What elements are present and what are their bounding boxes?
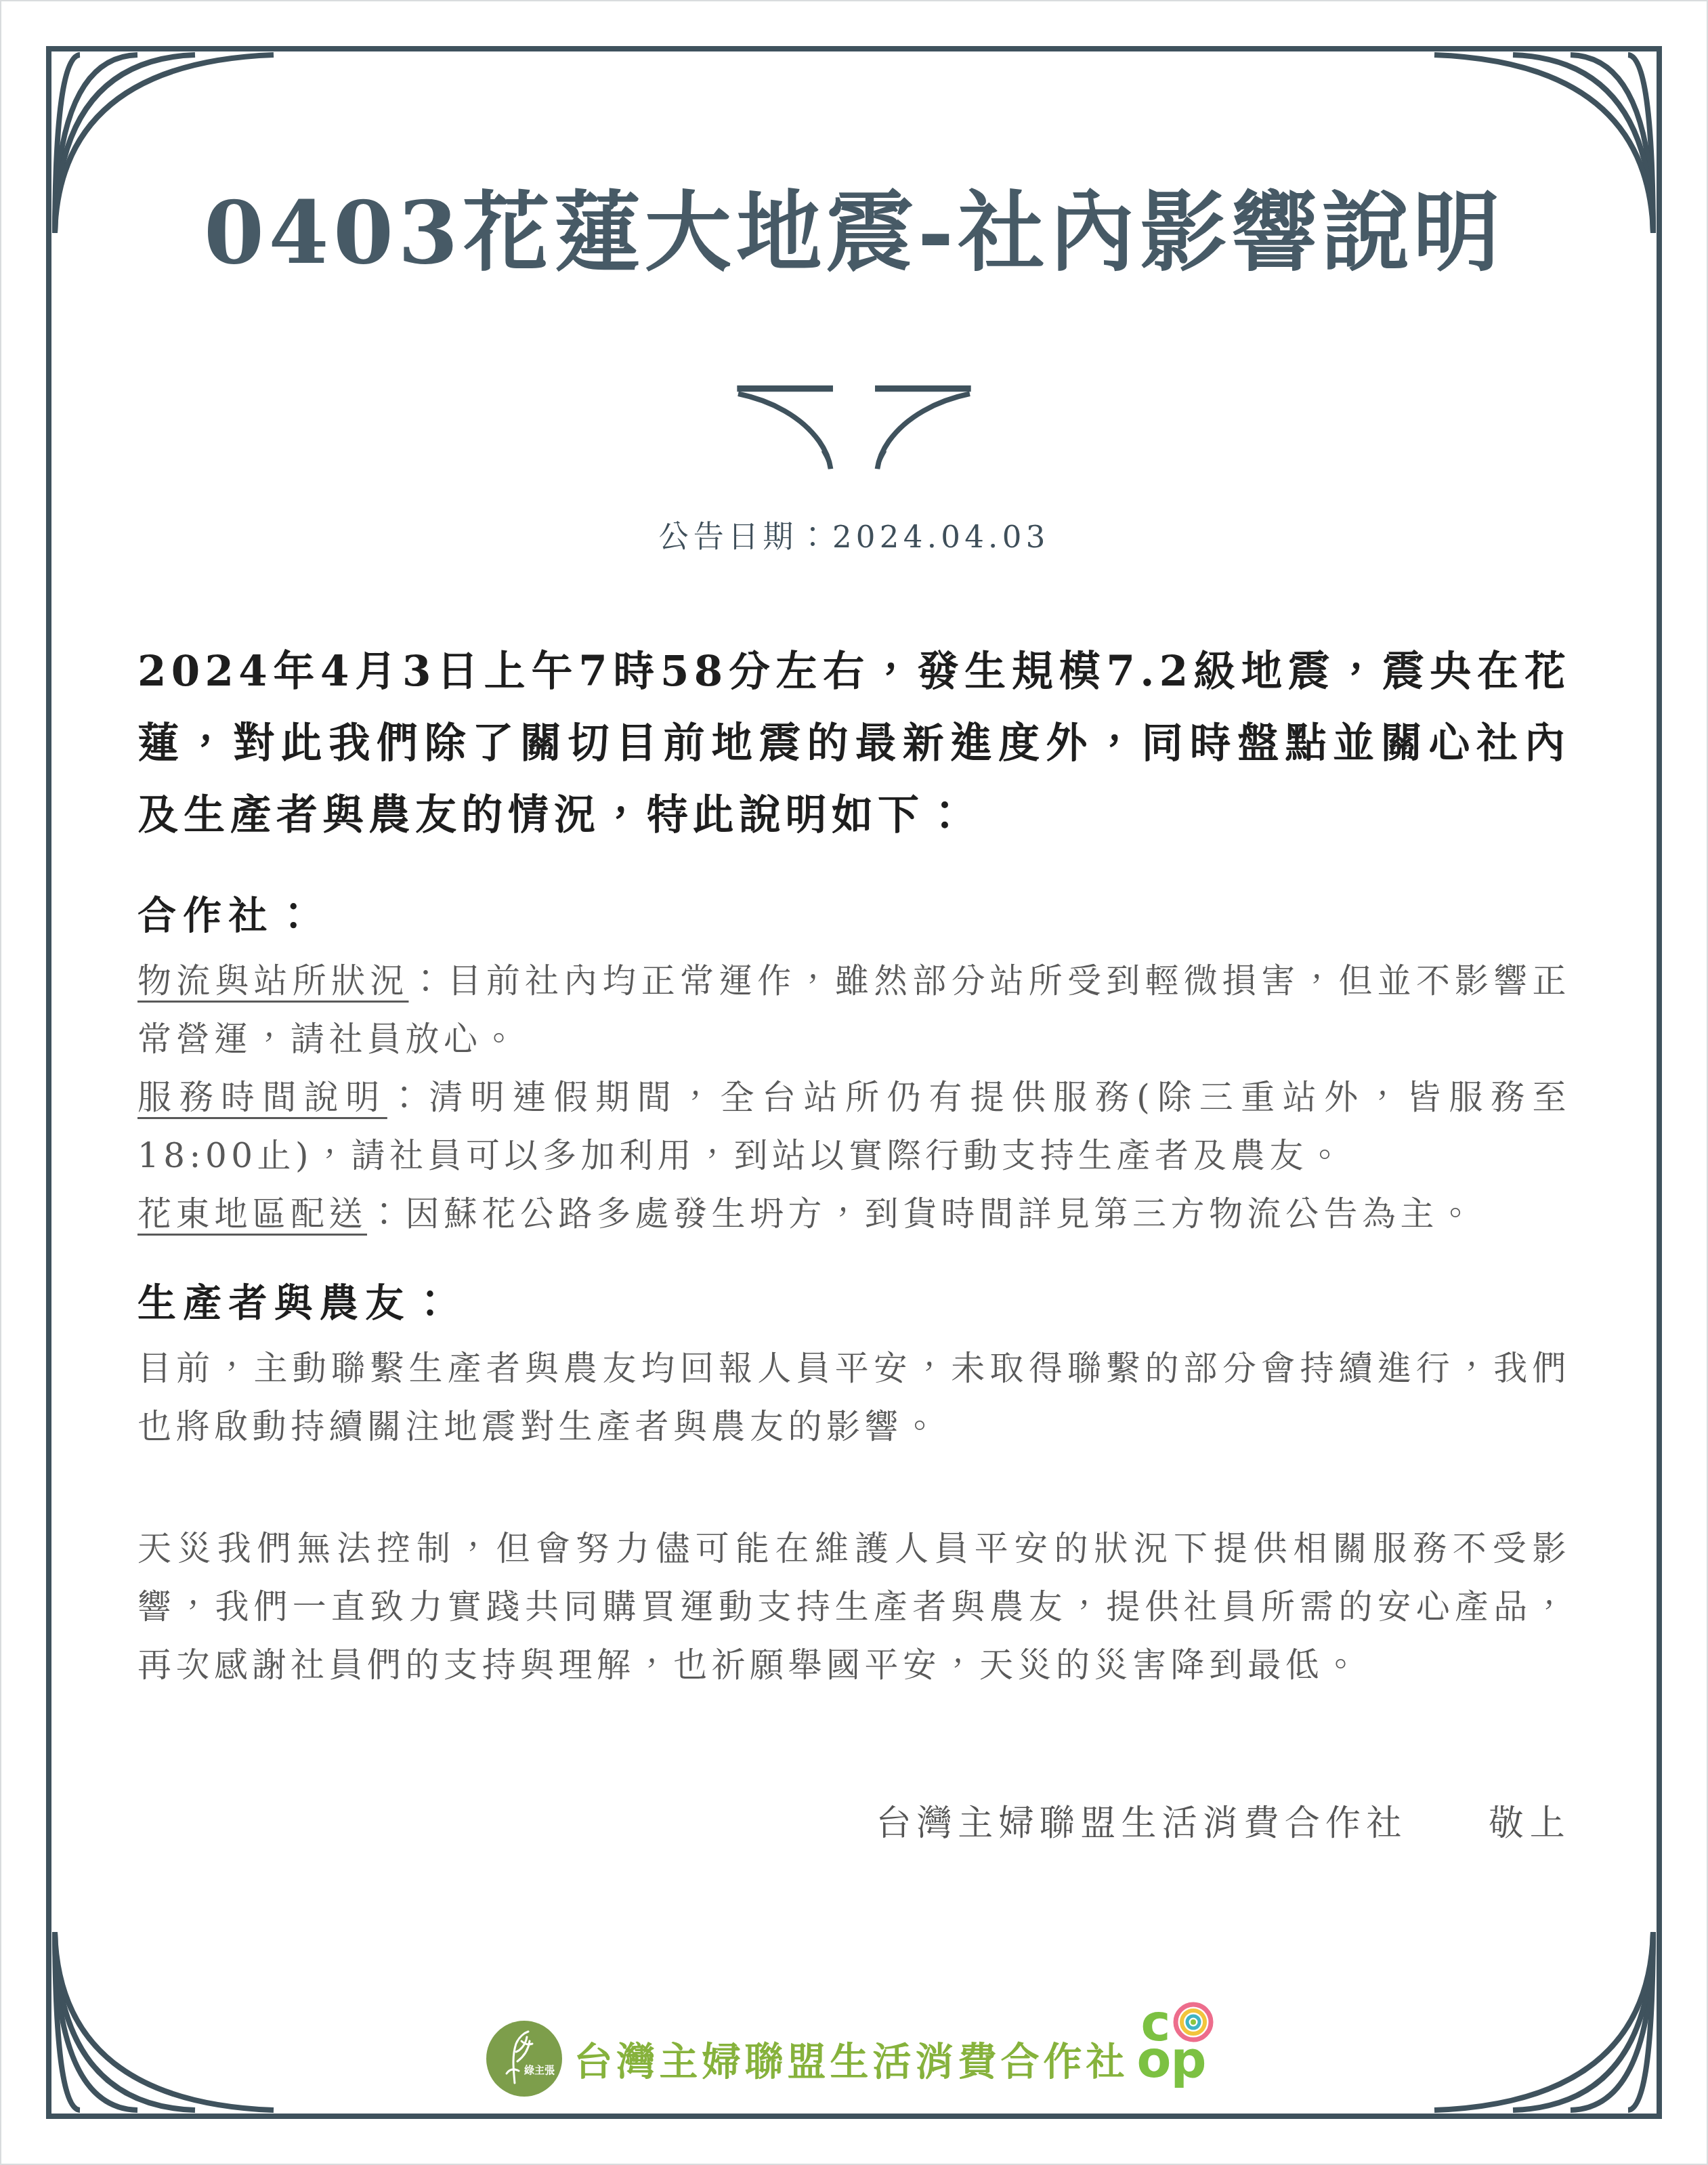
footer-org-name: 台灣主婦聯盟生活消費合作社 bbox=[574, 2031, 1129, 2086]
coop-logo: c o p bbox=[1141, 2008, 1222, 2109]
paragraph-service-hours: 服務時間說明：清明連假期間，全台站所仍有提供服務(除三重站外，皆服務至18:00… bbox=[137, 1068, 1571, 1185]
green-homemaker-badge: 綠主張 bbox=[486, 2021, 562, 2097]
paragraph-closing: 天災我們無法控制，但會努力儘可能在維護人員平安的狀況下提供相關服務不受影響，我們… bbox=[137, 1519, 1571, 1694]
coop-letter-p: p bbox=[1171, 2035, 1207, 2085]
section-heading-cooperative: 合作社： bbox=[137, 891, 1571, 941]
divider-ornament-icon bbox=[137, 383, 1571, 470]
section-heading-producers: 生產者與農友： bbox=[137, 1278, 1571, 1328]
signature-line: 台灣主婦聯盟生活消費合作社 敬上 bbox=[137, 1794, 1571, 1845]
coop-letter-o: o bbox=[1137, 2035, 1172, 2085]
paragraph-delivery: 花東地區配送：因蘇花公路多處發生坍方，到貨時間詳見第三方物流公告為主。 bbox=[137, 1185, 1571, 1243]
announcement-page: 0403花蓮大地震-社內影響說明 公告日期：2024.04.03 2024年4月… bbox=[0, 0, 1708, 2165]
tree-icon: 綠主張 bbox=[486, 2021, 562, 2097]
paragraph-producers: 目前，主動聯繫生產者與農友均回報人員平安，未取得聯繫的部分會持續進行，我們也將啟… bbox=[137, 1339, 1571, 1456]
label-east-delivery: 花東地區配送 bbox=[137, 1194, 367, 1234]
footer-logo-row: 綠主張 台灣主婦聯盟生活消費合作社 c o p bbox=[1, 2008, 1707, 2109]
label-service-hours: 服務時間說明 bbox=[137, 1078, 387, 1117]
svg-text:綠主張: 綠主張 bbox=[524, 2064, 555, 2076]
document-content: 0403花蓮大地震-社內影響說明 公告日期：2024.04.03 2024年4月… bbox=[1, 179, 1707, 1845]
paragraph-logistics: 物流與站所狀況：目前社內均正常運作，雖然部分站所受到輕微損害，但並不影響正常營運… bbox=[137, 952, 1571, 1068]
page-title: 0403花蓮大地震-社內影響說明 bbox=[137, 179, 1571, 287]
text-east-delivery: ：因蘇花公路多處發生坍方，到貨時間詳見第三方物流公告為主。 bbox=[367, 1194, 1477, 1234]
announcement-date: 公告日期：2024.04.03 bbox=[137, 512, 1571, 556]
label-logistics-status: 物流與站所狀況 bbox=[137, 961, 408, 1001]
intro-paragraph: 2024年4月3日上午7時58分左右，發生規模7.2級地震，震央在花蓮，對此我們… bbox=[137, 636, 1571, 852]
